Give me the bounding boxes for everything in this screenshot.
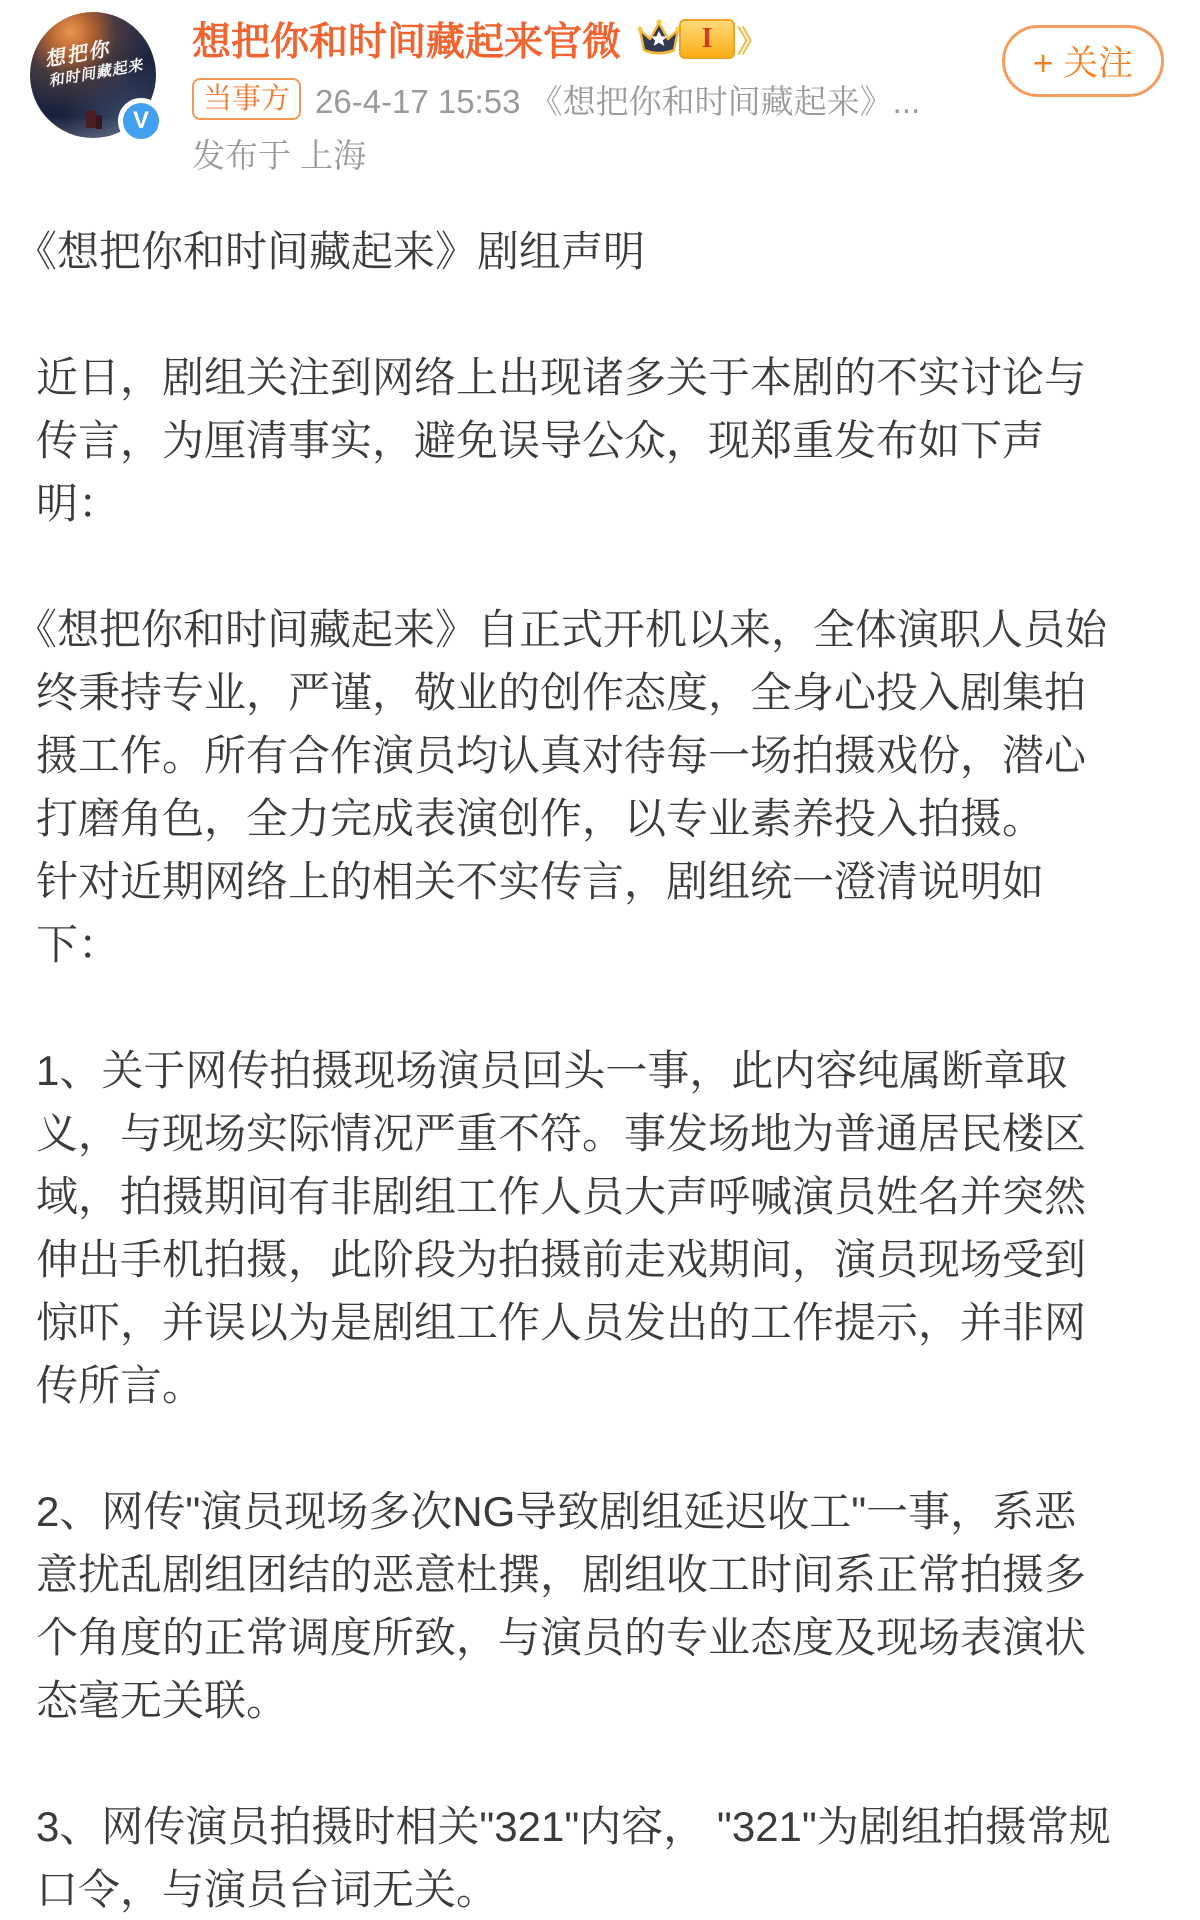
timestamp: 26-4-17 15:53 《想把你和时间藏起来》... [315,76,920,123]
chevron-right-icon: 》 [737,17,767,61]
post-paragraph: 3、网传演员拍摄时相关"321"内容， "321"为剧组拍摄常规 口令，与演员台… [36,1795,1186,1920]
post-content: 《想把你和时间藏起来》剧组声明 近日，剧组关注到网络上出现诸多关于本剧的不实讨论… [0,168,1200,1920]
verified-icon: V [118,98,164,144]
post-paragraph: 近日，剧组关注到网络上出现诸多关于本剧的不实讨论与 传言，为厘清事实，避免误导公… [36,346,1186,535]
username[interactable]: 想把你和时间藏起来官微 [192,11,621,67]
follow-button[interactable]: + 关注 [1002,25,1164,97]
avatar[interactable]: 想把你 和时间藏起来 V [30,12,156,138]
post-paragraph: 《想把你和时间藏起来》自正式开机以来，全体演职人员始 终秉持专业，严谨，敬业的创… [36,598,1186,976]
post-paragraph-title: 《想把你和时间藏起来》剧组声明 [36,220,1186,283]
post-location: 发布于 上海 [192,130,920,177]
vip-crown-icon[interactable] [635,17,683,61]
post-header: 想把你 和时间藏起来 V 想把你和时间藏起来官微 [0,0,1200,168]
weibo-post-page: 想把你 和时间藏起来 V 想把你和时间藏起来官微 [0,0,1200,1920]
vip-level-label: I [702,23,713,55]
vip-level-badge[interactable]: I [679,19,735,59]
post-paragraph: 2、网传"演员现场多次NG导致剧组延迟收工"一事，系恶 意扰乱剧组团结的恶意杜撰… [36,1480,1186,1732]
avatar-title-text: 想把你 和时间藏起来 [43,32,145,92]
post-paragraph: 1、关于网传拍摄现场演员回头一事，此内容纯属断章取 义，与现场实际情况严重不符。… [36,1039,1186,1417]
avatar-couple-silhouette [86,110,96,128]
meta-row: 当事方 26-4-17 15:53 《想把你和时间藏起来》... [192,78,920,120]
header-text-block: 想把你和时间藏起来官微 I 》 当事方 [192,14,920,177]
username-row: 想把你和时间藏起来官微 I 》 [192,14,920,64]
party-involved-badge: 当事方 [192,78,301,120]
